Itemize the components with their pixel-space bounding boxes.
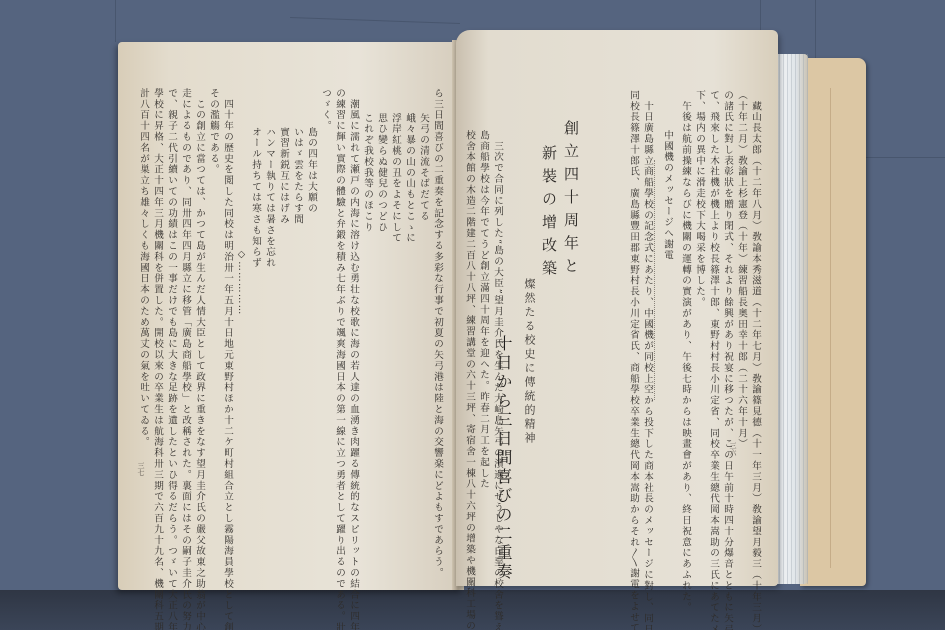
text-column: 下、場内の異中に滑走校下大喝采を博した。 (692, 90, 706, 510)
poem-line: 峨々暴の山の山もとこゝに (402, 102, 416, 558)
text-column: 同校長篠澤十郎氏、廣島縣豐田郡東野村長小川定省氏、商船學校卒業生總代岡本嵩助から… (626, 90, 640, 510)
text-column: 三次で合同に列した“島の大臣”望月圭介氏を生んだ大崎島矢弓の濱邊にせうしやな白堊… (490, 130, 504, 580)
article-body-text: 三次で合同に列した“島の大臣”望月圭介氏を生んだ大崎島矢弓の濱邊にせうしやな白堊… (462, 130, 504, 580)
text-column: 午後は航前操練ならびに機關の運轉の實演があり、午後七時からは映畫會があり、終日祝… (678, 90, 692, 510)
poem-line: いはゞ雲をたらす間 (290, 116, 304, 558)
page-number: 三六 (728, 442, 738, 456)
text-column: 藏山長太郎（十二年八月）敎諭本秀滋道（十二年七月）敎諭篠見德（十一年三月）敎諭望… (748, 90, 762, 510)
text-column: 計八百十四名が巣立ち雄々しくも海國日本のため萬丈の氣を吐いてゐる。 (136, 88, 150, 558)
background-crease (866, 157, 945, 158)
text-column: 學校に昇格、大正十四年三月機關科を併置した。開校以來の卒業生は航海科卅三期で六百… (150, 88, 164, 558)
background-crease (290, 17, 460, 24)
poem-line: オール持ちては寒さも知らず (248, 116, 262, 558)
text-column: 走によるものであり、同卅四年四月縣立に移管「廣島商船學校」と改稱された。裏面には… (178, 88, 192, 558)
text-column: つゞく。 (318, 88, 332, 558)
article-subtitle: 燦然たる校史に傳統的精神 (522, 278, 536, 446)
poem-line: 島の四年は大願の (304, 116, 318, 558)
poem-line: 實習新鋭互にはげみ (276, 116, 290, 558)
right-page: 藏山長太郎（十二年八月）敎諭本秀滋道（十二年七月）敎諭篠見德（十一年三月）敎諭望… (456, 30, 778, 586)
open-book-photo: ら三日間喜びの二重奏を記念する多彩な行事で初夏の矢弓港は陸と海の交響楽にどよもす… (0, 0, 945, 630)
text-column: 校舍本館の木造二階建二百八十八坪、練習講堂の六十三坪、寄宿舍一棟八十六坪の增築や… (462, 130, 476, 580)
text-column: で、親子二代引續いての功績はこの一事だけでも島に大きな足跡を遺したといひ得るだら… (164, 88, 178, 558)
text-column: その濫觴である。 (206, 88, 220, 558)
text-column: て、飛來した木社機が機上より校長篠澤十郎、東野村村長小川定省、同校卒業生總代岡本… (706, 90, 720, 510)
background-crease (815, 0, 816, 60)
subheading: 中國機のメッセージへ謝電 (660, 130, 674, 510)
article-title-line1: 創立四十周年と (564, 120, 578, 281)
text-column: この創立に當つては、かつて島が生んだ人情大臣として政界に重きをなす望月圭介氏の嚴… (192, 88, 206, 558)
text-column: の練習に輝い實際の體驗と弁鍛を積み七年ぶりで颯爽海國日本の第一線に立つ勇者として… (332, 88, 346, 558)
text-column: 十日廣島縣立商船學校の記念式にあたり、中國機が同校上空から投下した商本社長のメッ… (640, 90, 654, 510)
book-back-cover (800, 58, 866, 586)
text-column: 四十年の歴史を閲した同校は明治卅一年五月十日地元東野村ほか十二ケ町村組合立とし霧… (220, 88, 234, 558)
right-page-intro-text: 藏山長太郎（十二年八月）敎諭本秀滋道（十二年七月）敎諭篠見德（十一年三月）敎諭望… (626, 90, 762, 510)
poem-line: ハンマー執りては暑さを忘れ (262, 116, 276, 558)
text-column: 島商船學校は今年でてうど創立滿四十周年を迎へた。昨春二月工を起した (476, 130, 490, 580)
poem-line: これぞ我校我等のほこり (360, 102, 374, 558)
section-divider: ◇…………… (234, 238, 248, 558)
page-number: 三七 (136, 462, 146, 476)
poem-line: 浮岸紅桃の丑をよそにして (388, 102, 402, 558)
column-divider (654, 160, 655, 400)
article-title-line2: 新裝の增改築 (542, 145, 556, 283)
left-page-text: ら三日間喜びの二重奏を記念する多彩な行事で初夏の矢弓港は陸と海の交響楽にどよもす… (136, 88, 444, 558)
text-column: 潮風に濡れて瀬戸の内海に溶け込む勇壮な校歌に海の若人達の血湧き肉躍る傳統的なスピ… (346, 88, 360, 558)
left-page: ら三日間喜びの二重奏を記念する多彩な行事で初夏の矢弓港は陸と海の交響楽にどよもす… (118, 42, 462, 590)
text-column: ら三日間喜びの二重奏を記念する多彩な行事で初夏の矢弓港は陸と海の交響楽にどよもす… (430, 88, 444, 558)
background-crease (115, 0, 116, 42)
poem-line: 矢弓の清流そばだてる (416, 102, 430, 558)
poem-line: 思ひ變らぬ健兒のつどひ (374, 102, 388, 558)
